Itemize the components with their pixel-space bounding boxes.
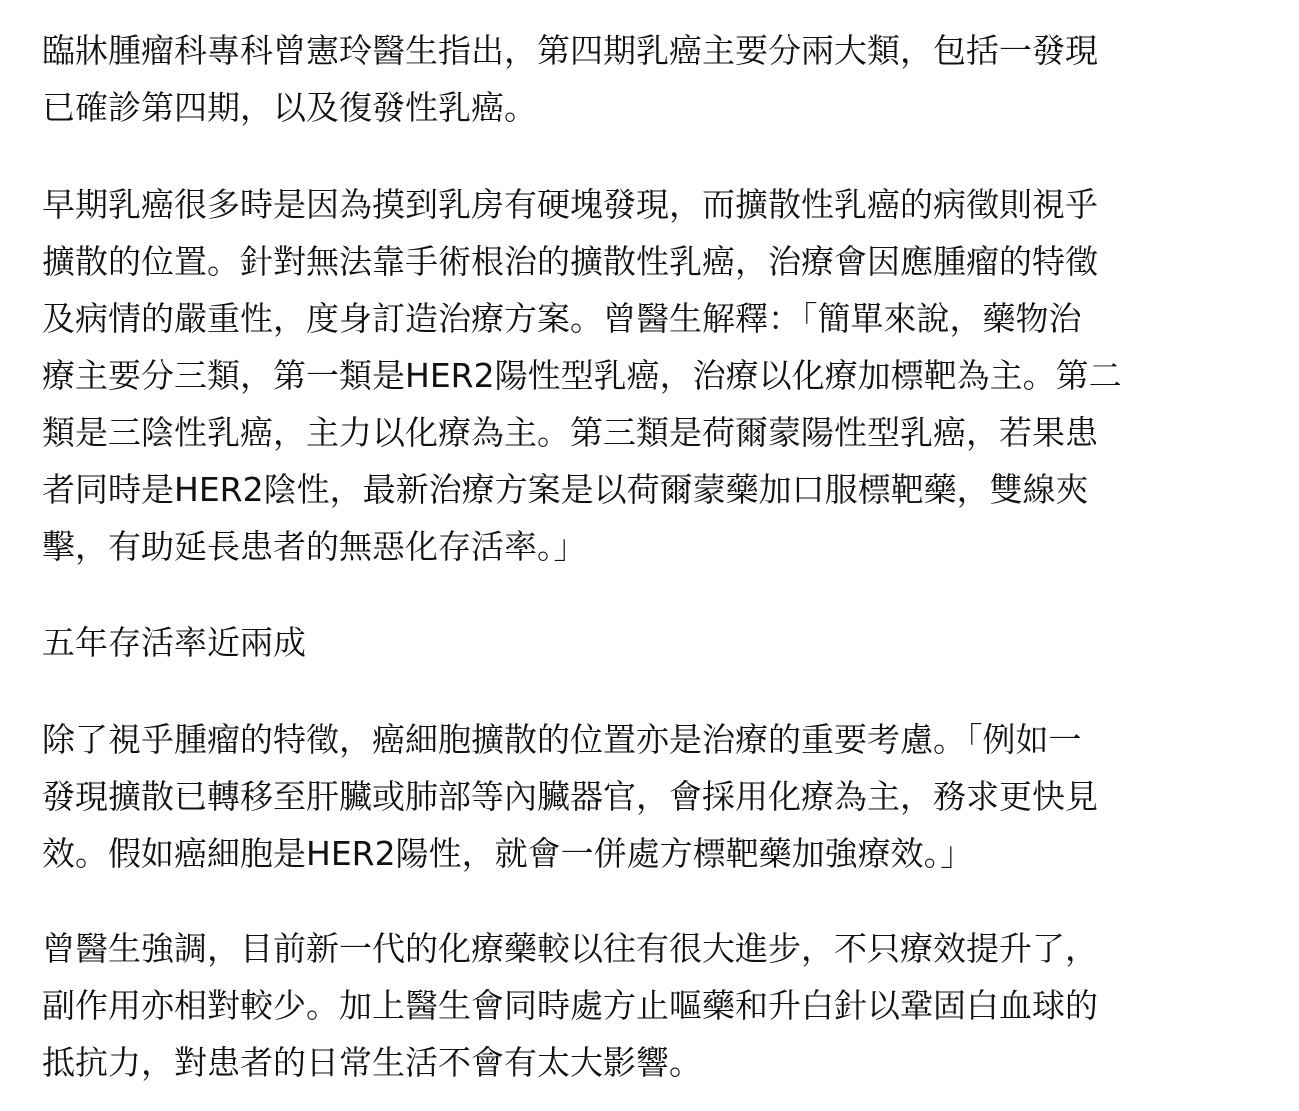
paragraph-treatment-types: 早期乳癌很多時是因為摸到乳房有硬塊發現，而擴散性乳癌的病徵則視乎 擴散的位置。針… <box>42 176 1122 575</box>
paragraph-chemo-progress: 曾醫生強調，目前新一代的化療藥較以往有很大進步，不只療效提升了， 副作用亦相對較… <box>42 920 1098 1091</box>
text-line: 副作用亦相對較少。加上醫生會同時處方止嘔藥和升白針以鞏固白血球的 <box>42 977 1098 1034</box>
text-line: 除了視乎腫瘤的特徵，癌細胞擴散的位置亦是治療的重要考慮。「例如一 <box>42 711 1098 768</box>
text-line: 已確診第四期，以及復發性乳癌。 <box>42 79 1098 136</box>
section-subheading: 五年存活率近兩成 <box>42 614 306 671</box>
text-line: 效。假如癌細胞是HER2陽性，就會一併處方標靶藥加強療效。」 <box>42 825 1098 882</box>
text-line: 早期乳癌很多時是因為摸到乳房有硬塊發現，而擴散性乳癌的病徵則視乎 <box>42 176 1122 233</box>
text-line: 及病情的嚴重性，度身訂造治療方案。曾醫生解釋：「簡單來說，藥物治 <box>42 290 1122 347</box>
text-line: 臨牀腫瘤科專科曾憲玲醫生指出，第四期乳癌主要分兩大類，包括一發現 <box>42 22 1098 79</box>
text-line: 類是三陰性乳癌，主力以化療為主。第三類是荷爾蒙陽性型乳癌，若果患 <box>42 404 1122 461</box>
text-line: 擊，有助延長患者的無惡化存活率。」 <box>42 518 1122 575</box>
text-line: 曾醫生強調，目前新一代的化療藥較以往有很大進步，不只療效提升了， <box>42 920 1098 977</box>
paragraph-metastasis-location: 除了視乎腫瘤的特徵，癌細胞擴散的位置亦是治療的重要考慮。「例如一 發現擴散已轉移… <box>42 711 1098 882</box>
text-line: 擴散的位置。針對無法靠手術根治的擴散性乳癌，治療會因應腫瘤的特徵 <box>42 233 1122 290</box>
text-line: 者同時是HER2陰性，最新治療方案是以荷爾蒙藥加口服標靶藥，雙線夾 <box>42 461 1122 518</box>
text-line: 抵抗力，對患者的日常生活不會有太大影響。 <box>42 1034 1098 1091</box>
text-line: 療主要分三類，第一類是HER2陽性型乳癌，治療以化療加標靶為主。第二 <box>42 347 1122 404</box>
text-line: 發現擴散已轉移至肝臟或肺部等內臟器官，會採用化療為主，務求更快見 <box>42 768 1098 825</box>
paragraph-stage-four-types: 臨牀腫瘤科專科曾憲玲醫生指出，第四期乳癌主要分兩大類，包括一發現 已確診第四期，… <box>42 22 1098 136</box>
